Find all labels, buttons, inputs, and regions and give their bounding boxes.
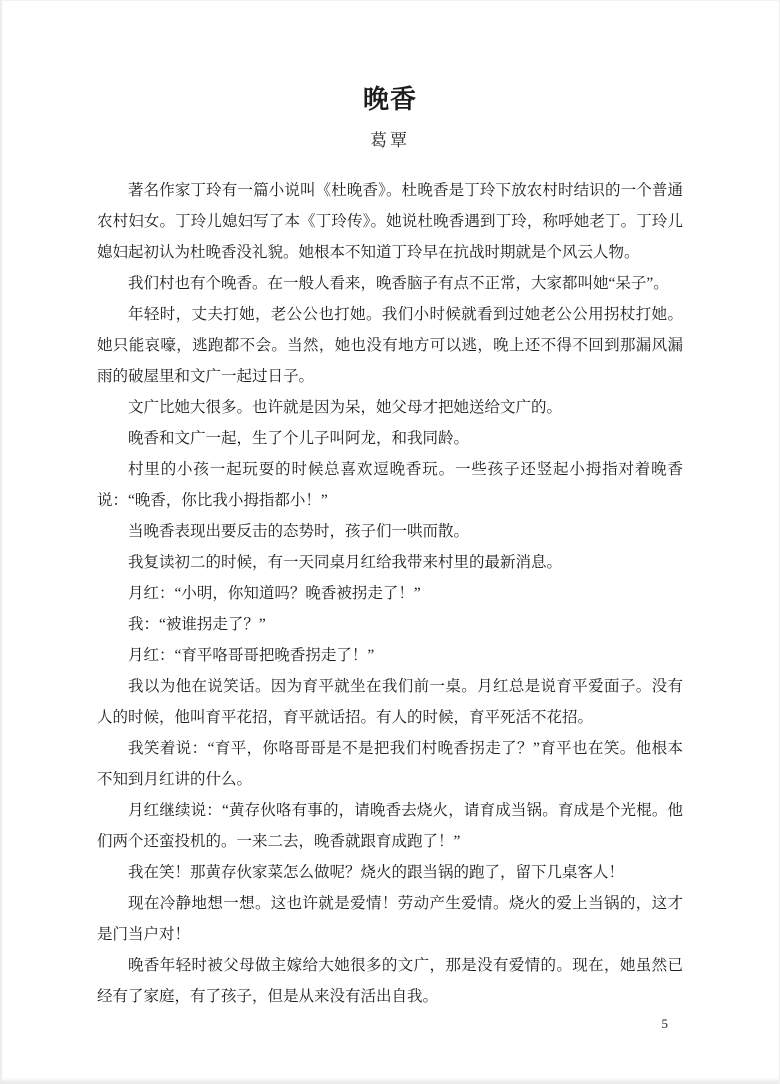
- paragraph: 我复读初二的时候，有一天同桌月红给我带来村里的最新消息。: [97, 547, 683, 578]
- paragraph: 我以为他在说笑话。因为育平就坐在我们前一桌。月红总是说育平爱面子。没有人的时候，…: [97, 671, 683, 733]
- paragraph: 著名作家丁玲有一篇小说叫《杜晚香》。杜晚香是丁玲下放农村时结识的一个普通农村妇女…: [97, 175, 683, 268]
- document-page: 晚香 葛覃 著名作家丁玲有一篇小说叫《杜晚香》。杜晚香是丁玲下放农村时结识的一个…: [0, 0, 780, 1084]
- paragraph: 我们村也有个晚香。在一般人看来，晚香脑子有点不正常，大家都叫她“呆子”。: [97, 268, 683, 299]
- page-number: 5: [662, 1016, 669, 1032]
- paragraph: 当晚香表现出要反击的态势时，孩子们一哄而散。: [97, 516, 683, 547]
- paragraph: 晚香年轻时被父母做主嫁给大她很多的文广，那是没有爱情的。现在，她虽然已经有了家庭…: [97, 950, 683, 1012]
- paragraph: 文广比她大很多。也许就是因为呆，她父母才把她送给文广的。: [97, 392, 683, 423]
- paragraph: 我笑着说：“育平，你咯哥哥是不是把我们村晚香拐走了？”育平也在笑。他根本不知到月…: [97, 733, 683, 795]
- paragraph: 晚香和文广一起，生了个儿子叫阿龙，和我同龄。: [97, 423, 683, 454]
- author-name: 葛覃: [97, 129, 683, 153]
- page-title: 晚香: [97, 0, 683, 116]
- paragraph: 村里的小孩一起玩耍的时候总喜欢逗晚香玩。一些孩子还竖起小拇指对着晚香说：“晚香，…: [97, 454, 683, 516]
- paragraph: 现在冷静地想一想。这也许就是爱情！劳动产生爱情。烧火的爱上当锅的，这才是门当户对…: [97, 888, 683, 950]
- paragraph: 我在笑！那黄存伙家菜怎么做呢？烧火的跟当锅的跑了，留下几桌客人！: [97, 857, 683, 888]
- paragraph: 月红继续说：“黄存伙咯有事的，请晚香去烧火，请育成当锅。育成是个光棍。他们两个还…: [97, 795, 683, 857]
- document-content: 晚香 葛覃 著名作家丁玲有一篇小说叫《杜晚香》。杜晚香是丁玲下放农村时结识的一个…: [0, 0, 780, 1012]
- paragraph: 年轻时，丈夫打她，老公公也打她。我们小时候就看到过她老公公用拐杖打她。她只能哀嚎…: [97, 299, 683, 392]
- paragraph: 我：“被谁拐走了？”: [97, 609, 683, 640]
- paragraph: 月红：“小明，你知道吗？晚香被拐走了！”: [97, 578, 683, 609]
- document-body: 著名作家丁玲有一篇小说叫《杜晚香》。杜晚香是丁玲下放农村时结识的一个普通农村妇女…: [97, 175, 683, 1012]
- paragraph: 月红：“育平咯哥哥把晚香拐走了！”: [97, 640, 683, 671]
